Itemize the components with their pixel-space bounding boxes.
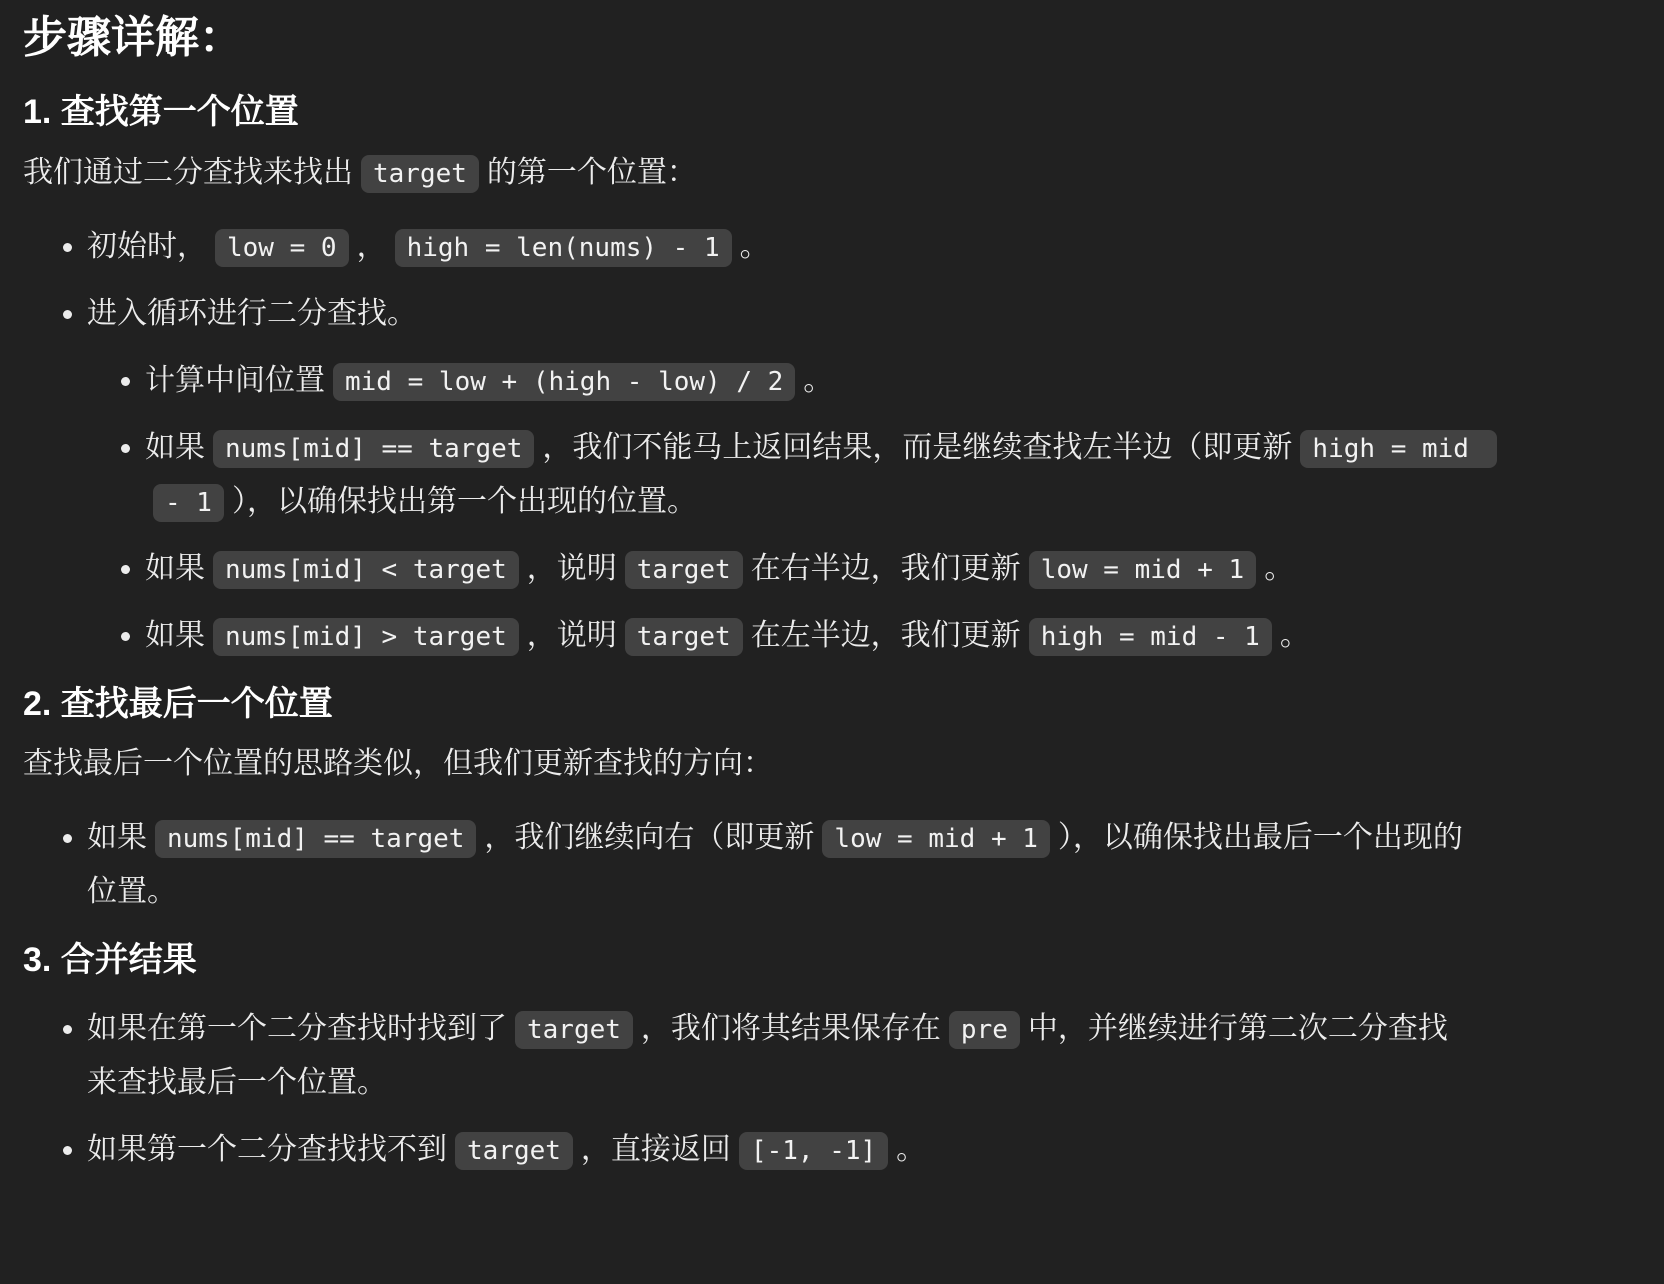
bullet-list-find-last: 如果nums[mid] == target，我们继续向右（即更新low = mi…: [23, 811, 1475, 919]
inline-code: target: [625, 551, 743, 589]
list-item: 进入循环进行二分查找。 计算中间位置mid = low + (high - lo…: [87, 287, 1475, 663]
list-item: 计算中间位置mid = low + (high - low) / 2。: [145, 354, 1475, 408]
list-item: 如果nums[mid] < target，说明target在右半边，我们更新lo…: [145, 542, 1475, 596]
text-run: 。: [896, 1133, 926, 1166]
text-run: 如果: [145, 431, 205, 464]
section-heading-find-first: 1. 查找第一个位置: [23, 91, 1475, 134]
text-run: 初始时，: [87, 230, 207, 263]
inline-code: mid = low + (high - low) / 2: [333, 363, 795, 401]
text-run: 。: [1264, 552, 1294, 585]
text-run: 我们通过二分查找来找出: [23, 156, 353, 189]
text-run: 进入循环进行二分查找。: [87, 297, 417, 330]
inline-code: target: [361, 155, 479, 193]
inline-code: high = mid - 1: [1029, 618, 1272, 656]
text-run: ），以确保找出第一个出现的位置。: [232, 485, 697, 518]
list-item: 如果第一个二分查找找不到target，直接返回[-1, -1]。: [87, 1123, 1475, 1177]
text-run: ，说明: [527, 619, 617, 652]
inline-code: [-1, -1]: [739, 1132, 888, 1170]
inline-code: target: [455, 1132, 573, 1170]
text-run: 计算中间位置: [145, 364, 325, 397]
markdown-answer: 步骤详解： 1. 查找第一个位置 我们通过二分查找来找出target的第一个位置…: [23, 0, 1475, 1177]
list-item: 如果nums[mid] > target，说明target在左半边，我们更新hi…: [145, 609, 1475, 663]
text-run: 在左半边，我们更新: [751, 619, 1021, 652]
list-item: 如果在第一个二分查找时找到了target，我们将其结果保存在pre中，并继续进行…: [87, 1002, 1475, 1110]
text-run: ，我们将其结果保存在: [641, 1012, 941, 1045]
inline-code: pre: [949, 1011, 1020, 1049]
text-run: 。: [803, 364, 833, 397]
inline-code: nums[mid] == target: [213, 430, 534, 468]
inline-code: low = mid + 1: [822, 820, 1050, 858]
text-run: 如果第一个二分查找找不到: [87, 1133, 447, 1166]
paragraph-find-last-intro: 查找最后一个位置的思路类似，但我们更新查找的方向：: [23, 737, 1475, 791]
text-run: 的第一个位置：: [487, 156, 697, 189]
text-run: 如果: [145, 619, 205, 652]
list-item: 如果nums[mid] == target，我们不能马上返回结果，而是继续查找左…: [145, 421, 1475, 529]
text-run: 查找最后一个位置的思路类似，但我们更新查找的方向：: [23, 747, 773, 780]
inline-code: nums[mid] < target: [213, 551, 519, 589]
text-run: ，我们继续向右（即更新: [484, 821, 814, 854]
bullet-list-find-first: 初始时，low = 0，high = len(nums) - 1。 进入循环进行…: [23, 220, 1475, 663]
text-run: ，我们不能马上返回结果，而是继续查找左半边（即更新: [542, 431, 1292, 464]
nested-bullet-list: 计算中间位置mid = low + (high - low) / 2。 如果nu…: [87, 354, 1475, 663]
paragraph-find-first-intro: 我们通过二分查找来找出target的第一个位置：: [23, 146, 1475, 200]
section-heading-find-last: 2. 查找最后一个位置: [23, 683, 1475, 726]
text-run: ，直接返回: [581, 1133, 731, 1166]
inline-code: nums[mid] > target: [213, 618, 519, 656]
inline-code: low = 0: [215, 229, 349, 267]
list-item: 初始时，low = 0，high = len(nums) - 1。: [87, 220, 1475, 274]
text-run: 如果: [145, 552, 205, 585]
text-run: 。: [740, 230, 770, 263]
list-item: 如果nums[mid] == target，我们继续向右（即更新low = mi…: [87, 811, 1475, 919]
section-heading-merge-results: 3. 合并结果: [23, 939, 1475, 982]
page-title: 步骤详解：: [23, 10, 1475, 65]
inline-code: high = len(nums) - 1: [395, 229, 732, 267]
text-run: ，说明: [527, 552, 617, 585]
text-run: ，: [357, 230, 387, 263]
inline-code: low = mid + 1: [1029, 551, 1257, 589]
text-run: 。: [1280, 619, 1310, 652]
inline-code: target: [515, 1011, 633, 1049]
inline-code: nums[mid] == target: [155, 820, 476, 858]
text-run: 如果: [87, 821, 147, 854]
text-run: 在右半边，我们更新: [751, 552, 1021, 585]
bullet-list-merge-results: 如果在第一个二分查找时找到了target，我们将其结果保存在pre中，并继续进行…: [23, 1002, 1475, 1177]
text-run: 如果在第一个二分查找时找到了: [87, 1012, 507, 1045]
inline-code: target: [625, 618, 743, 656]
